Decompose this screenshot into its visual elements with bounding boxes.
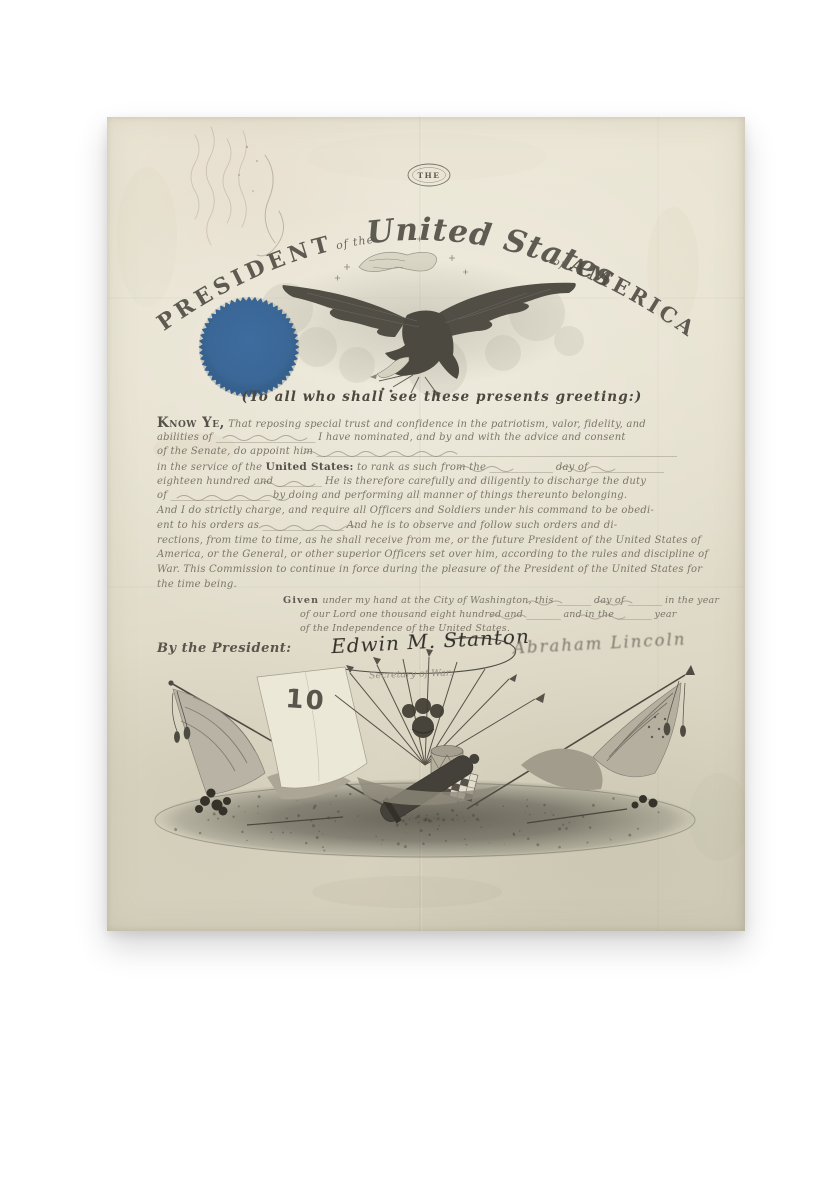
segment-blank: ________________________________________… <box>316 446 676 457</box>
text-segment: of <box>157 490 171 501</box>
text-line: eighteen hundred and __________ He is th… <box>157 475 717 490</box>
text-line: of ______________________ by doing and p… <box>157 489 717 504</box>
text-segment: rections, from time to time, as he shall… <box>157 535 701 546</box>
center-drape <box>357 777 501 805</box>
right-flag-staff <box>467 675 685 809</box>
segment-given: Given <box>283 595 319 606</box>
text-segment: He is therefore carefully and diligently… <box>322 476 647 487</box>
fallen-muskets <box>247 809 627 825</box>
ground-texture <box>174 787 659 852</box>
text-segment: year <box>651 609 676 620</box>
staff-spearhead <box>685 665 695 675</box>
text-segment: and in the <box>560 609 617 620</box>
text-segment: the time being. <box>157 579 237 590</box>
text-segment: eighteen hundred and <box>157 476 277 487</box>
cannonballs <box>195 789 658 816</box>
segment-blank: ________ <box>628 595 662 606</box>
svg-text:of the: of the <box>335 233 375 252</box>
greeting-line: (To all who shall see these presents gre… <box>167 388 717 406</box>
text-segment: And I do strictly charge, and require al… <box>157 505 654 516</box>
title-of: of <box>551 255 568 272</box>
title-united-states: United States <box>365 212 621 296</box>
text-segment: ent to his orders as <box>157 520 262 531</box>
title-president: PRESIDENT <box>152 230 336 336</box>
text-segment: to rank as such from the <box>354 462 490 473</box>
segment-ornate: Know Ye, <box>157 415 225 431</box>
left-flag <box>173 689 351 799</box>
text-segment: abilities of <box>157 432 216 443</box>
cannon <box>375 745 485 828</box>
text-segment: day of <box>552 462 591 473</box>
drum <box>431 746 463 774</box>
eagle-engraving <box>259 259 584 397</box>
text-segment: That reposing special trust and confiden… <box>225 419 646 430</box>
text-line: the time being. <box>157 578 717 593</box>
text-line: of our Lord one thousand eight hundred a… <box>283 608 733 622</box>
by-the-president-label: By the President: <box>157 641 292 657</box>
title-arch: PRESIDENT of the United States of AMERIC… <box>107 117 702 343</box>
banner-number: 10 <box>285 684 327 717</box>
text-segment: under my hand at the City of Washington,… <box>319 595 557 606</box>
blue-seal <box>199 297 300 398</box>
text-line: abilities of ______________________ I ha… <box>157 431 717 446</box>
photograph-background: PRESIDENT of the United States of AMERIC… <box>0 0 819 1197</box>
text-segment: in the year <box>662 595 719 606</box>
text-line: ent to his orders as __________________ … <box>157 519 717 534</box>
segment-blank: ________ <box>617 609 651 620</box>
text-segment: of the Senate, do appoint him <box>157 446 316 457</box>
commission-document: PRESIDENT of the United States of AMERIC… <box>107 117 745 931</box>
docket-annotation <box>191 127 284 256</box>
svg-text:of: of <box>551 255 568 272</box>
white-banner: 10 <box>257 667 367 788</box>
segment-blank: ______________________ <box>216 432 315 443</box>
text-line: And I do strictly charge, and require al… <box>157 504 717 519</box>
text-line: America, or the General, or other superi… <box>157 548 717 563</box>
checkered-standard <box>442 768 478 801</box>
secretary-of-war-label: Secretary of War. <box>369 668 453 682</box>
right-flag <box>521 683 681 790</box>
trophy-vignette: 10 <box>153 649 697 859</box>
text-segment: America, or the General, or other superi… <box>157 549 708 560</box>
svg-text:United States: United States <box>365 212 621 296</box>
tassels <box>172 681 685 743</box>
segment-blank: ______________ <box>489 462 552 473</box>
title-america: AMERICA, <box>107 117 702 343</box>
segment-blank: ________ <box>526 609 560 620</box>
text-line: in the service of the United States: to … <box>157 460 717 475</box>
segment-blank: __________________ <box>262 520 343 531</box>
spear-fan <box>335 649 545 765</box>
text-segment: by doing and performing all manner of th… <box>270 490 628 501</box>
text-segment: of our Lord one thousand eight hundred a… <box>300 609 526 620</box>
segment-blank: ______________________ <box>171 490 270 501</box>
text-segment: And he is to observe and follow such ord… <box>343 520 617 531</box>
text-line: Given under my hand at the City of Washi… <box>283 594 733 608</box>
commission-body: Know Ye, That reposing special trust and… <box>157 416 717 592</box>
text-segment: day of <box>591 595 628 606</box>
text-segment: War. This Commission to continue in forc… <box>157 564 702 575</box>
segment-us: United States: <box>266 461 354 473</box>
motto-scroll <box>335 237 468 281</box>
segment-blank: ________ <box>557 595 591 606</box>
text-line: War. This Commission to continue in forc… <box>157 563 717 578</box>
title-of-the: of the <box>335 233 375 252</box>
text-line: rections, from time to time, as he shall… <box>157 534 717 549</box>
text-segment: in the service of the <box>157 462 266 473</box>
the-oval: THE <box>408 164 450 186</box>
segment-blank: ________________ <box>591 462 663 473</box>
svg-text:AMERICA,: AMERICA, <box>107 117 702 343</box>
text-segment: I have nominated, and by and with the ad… <box>315 432 626 443</box>
left-flag-staff <box>171 683 383 805</box>
flag-stars <box>648 716 666 738</box>
title-the: THE <box>418 171 441 180</box>
svg-text:PRESIDENT: PRESIDENT <box>152 230 336 336</box>
plumed-helmet <box>402 698 444 738</box>
text-line: of the Senate, do appoint him __________… <box>157 445 717 460</box>
text-line: Know Ye, That reposing special trust and… <box>157 416 717 431</box>
segment-blank: __________ <box>277 476 322 487</box>
